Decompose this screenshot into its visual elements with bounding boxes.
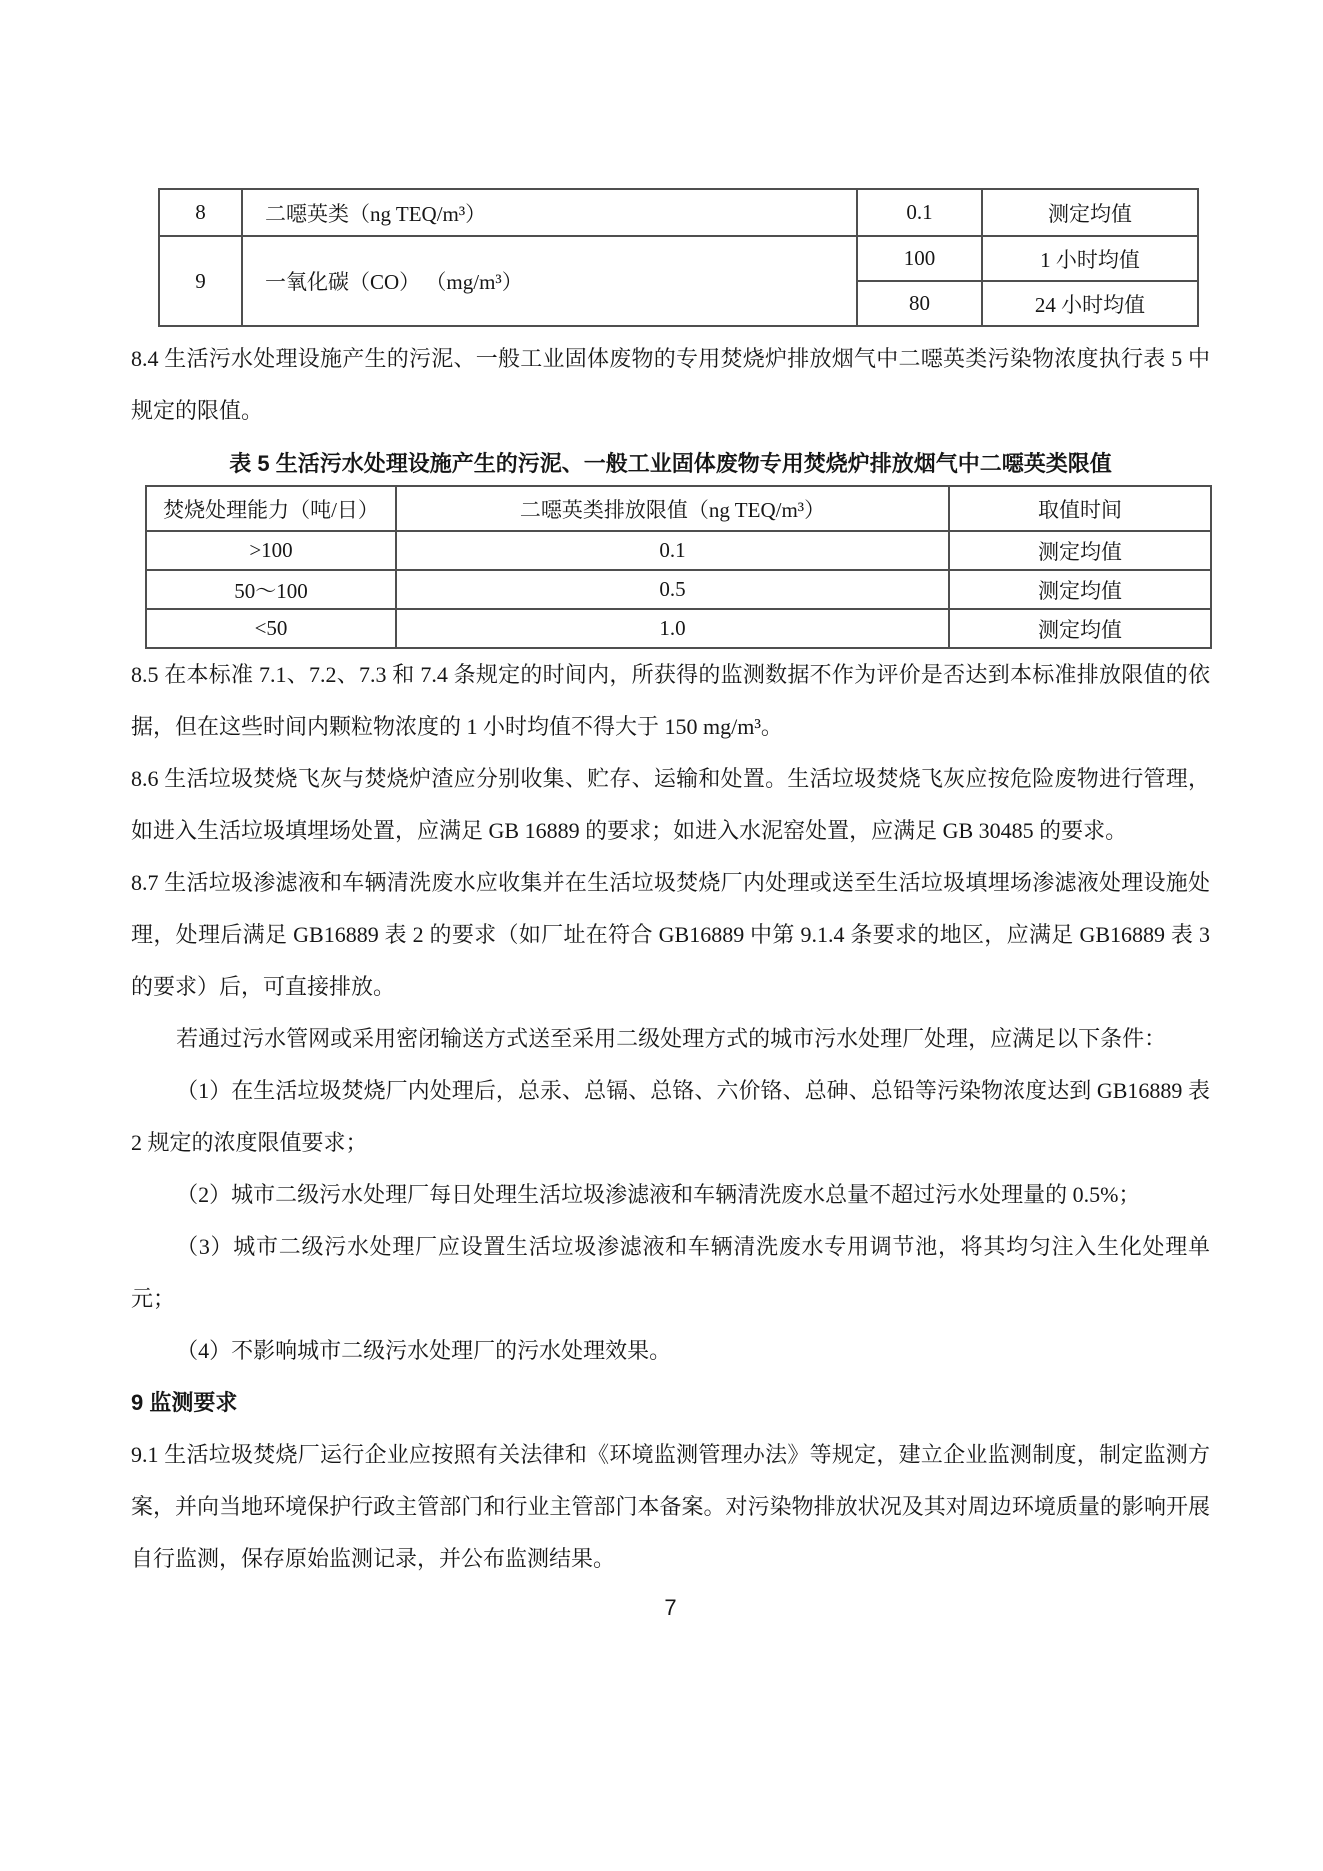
table5-cell-limit: 1.0 — [396, 609, 949, 648]
table5-cell-period: 测定均值 — [949, 531, 1211, 570]
cell-row8-no: 8 — [159, 189, 242, 236]
page-content: 8 二噁英类（ng TEQ/m³） 0.1 测定均值 9 一氧化碳（CO） （m… — [131, 188, 1210, 1585]
table-row-dioxins: 8 二噁英类（ng TEQ/m³） 0.1 测定均值 — [159, 189, 1198, 236]
list-item-3: （3）城市二级污水处理厂应设置生活垃圾渗滤液和车辆清洗废水专用调节池，将其均匀注… — [131, 1221, 1210, 1325]
list-item-4: （4）不影响城市二级污水处理厂的污水处理效果。 — [131, 1325, 1210, 1377]
table5-cell-limit: 0.5 — [396, 570, 949, 609]
table5-row-gt100: >100 0.1 测定均值 — [146, 531, 1211, 570]
cell-row8-pollutant: 二噁英类（ng TEQ/m³） — [242, 189, 857, 236]
paragraph-sewer-conditions-intro: 若通过污水管网或采用密闭输送方式送至采用二级处理方式的城市污水处理厂处理，应满足… — [131, 1013, 1210, 1065]
cell-row9-limit-24h: 80 — [857, 281, 982, 326]
cell-row9-pollutant: 一氧化碳（CO） （mg/m³） — [242, 236, 857, 326]
cell-row9-period-1h: 1 小时均值 — [982, 236, 1198, 281]
cell-row9-limit-1h: 100 — [857, 236, 982, 281]
table5-header-period: 取值时间 — [949, 486, 1211, 531]
paragraph-8-6: 8.6 生活垃圾焚烧飞灰与焚烧炉渣应分别收集、贮存、运输和处置。生活垃圾焚烧飞灰… — [131, 753, 1210, 857]
cell-row8-limit: 0.1 — [857, 189, 982, 236]
table-row-co-1h: 9 一氧化碳（CO） （mg/m³） 100 1 小时均值 — [159, 236, 1198, 281]
table5-row-50to100: 50～100 0.5 测定均值 — [146, 570, 1211, 609]
page-number: 7 — [131, 1595, 1210, 1621]
paragraph-9-1: 9.1 生活垃圾焚烧厂运行企业应按照有关法律和《环境监测管理办法》等规定，建立企… — [131, 1429, 1210, 1585]
table5-cell-capacity: >100 — [146, 531, 396, 570]
table5-dioxin-limits: 焚烧处理能力（吨/日） 二噁英类排放限值（ng TEQ/m³） 取值时间 >10… — [145, 485, 1212, 649]
cell-row8-period: 测定均值 — [982, 189, 1198, 236]
table5-header-capacity: 焚烧处理能力（吨/日） — [146, 486, 396, 531]
paragraph-8-7: 8.7 生活垃圾渗滤液和车辆清洗废水应收集并在生活垃圾焚烧厂内处理或送至生活垃圾… — [131, 857, 1210, 1013]
table5-cell-period: 测定均值 — [949, 570, 1211, 609]
table5-header-limit: 二噁英类排放限值（ng TEQ/m³） — [396, 486, 949, 531]
cell-row9-no: 9 — [159, 236, 242, 326]
list-item-2: （2）城市二级污水处理厂每日处理生活垃圾渗滤液和车辆清洗废水总量不超过污水处理量… — [131, 1169, 1210, 1221]
table5-title: 表 5 生活污水处理设施产生的污泥、一般工业固体废物专用焚烧炉排放烟气中二噁英类… — [131, 443, 1210, 485]
table5-header-row: 焚烧处理能力（吨/日） 二噁英类排放限值（ng TEQ/m³） 取值时间 — [146, 486, 1211, 531]
table5-row-lt50: <50 1.0 测定均值 — [146, 609, 1211, 648]
cell-row9-period-24h: 24 小时均值 — [982, 281, 1198, 326]
paragraph-8-5: 8.5 在本标准 7.1、7.2、7.3 和 7.4 条规定的时间内，所获得的监… — [131, 649, 1210, 753]
emission-limits-table-continued: 8 二噁英类（ng TEQ/m³） 0.1 测定均值 9 一氧化碳（CO） （m… — [158, 188, 1199, 327]
table5-cell-capacity: 50～100 — [146, 570, 396, 609]
paragraph-8-4: 8.4 生活污水处理设施产生的污泥、一般工业固体废物的专用焚烧炉排放烟气中二噁英… — [131, 333, 1210, 437]
table5-cell-limit: 0.1 — [396, 531, 949, 570]
table5-cell-capacity: <50 — [146, 609, 396, 648]
list-item-1: （1）在生活垃圾焚烧厂内处理后，总汞、总镉、总铬、六价铬、总砷、总铅等污染物浓度… — [131, 1065, 1210, 1169]
section-9-heading: 9 监测要求 — [131, 1377, 1210, 1429]
table5-cell-period: 测定均值 — [949, 609, 1211, 648]
